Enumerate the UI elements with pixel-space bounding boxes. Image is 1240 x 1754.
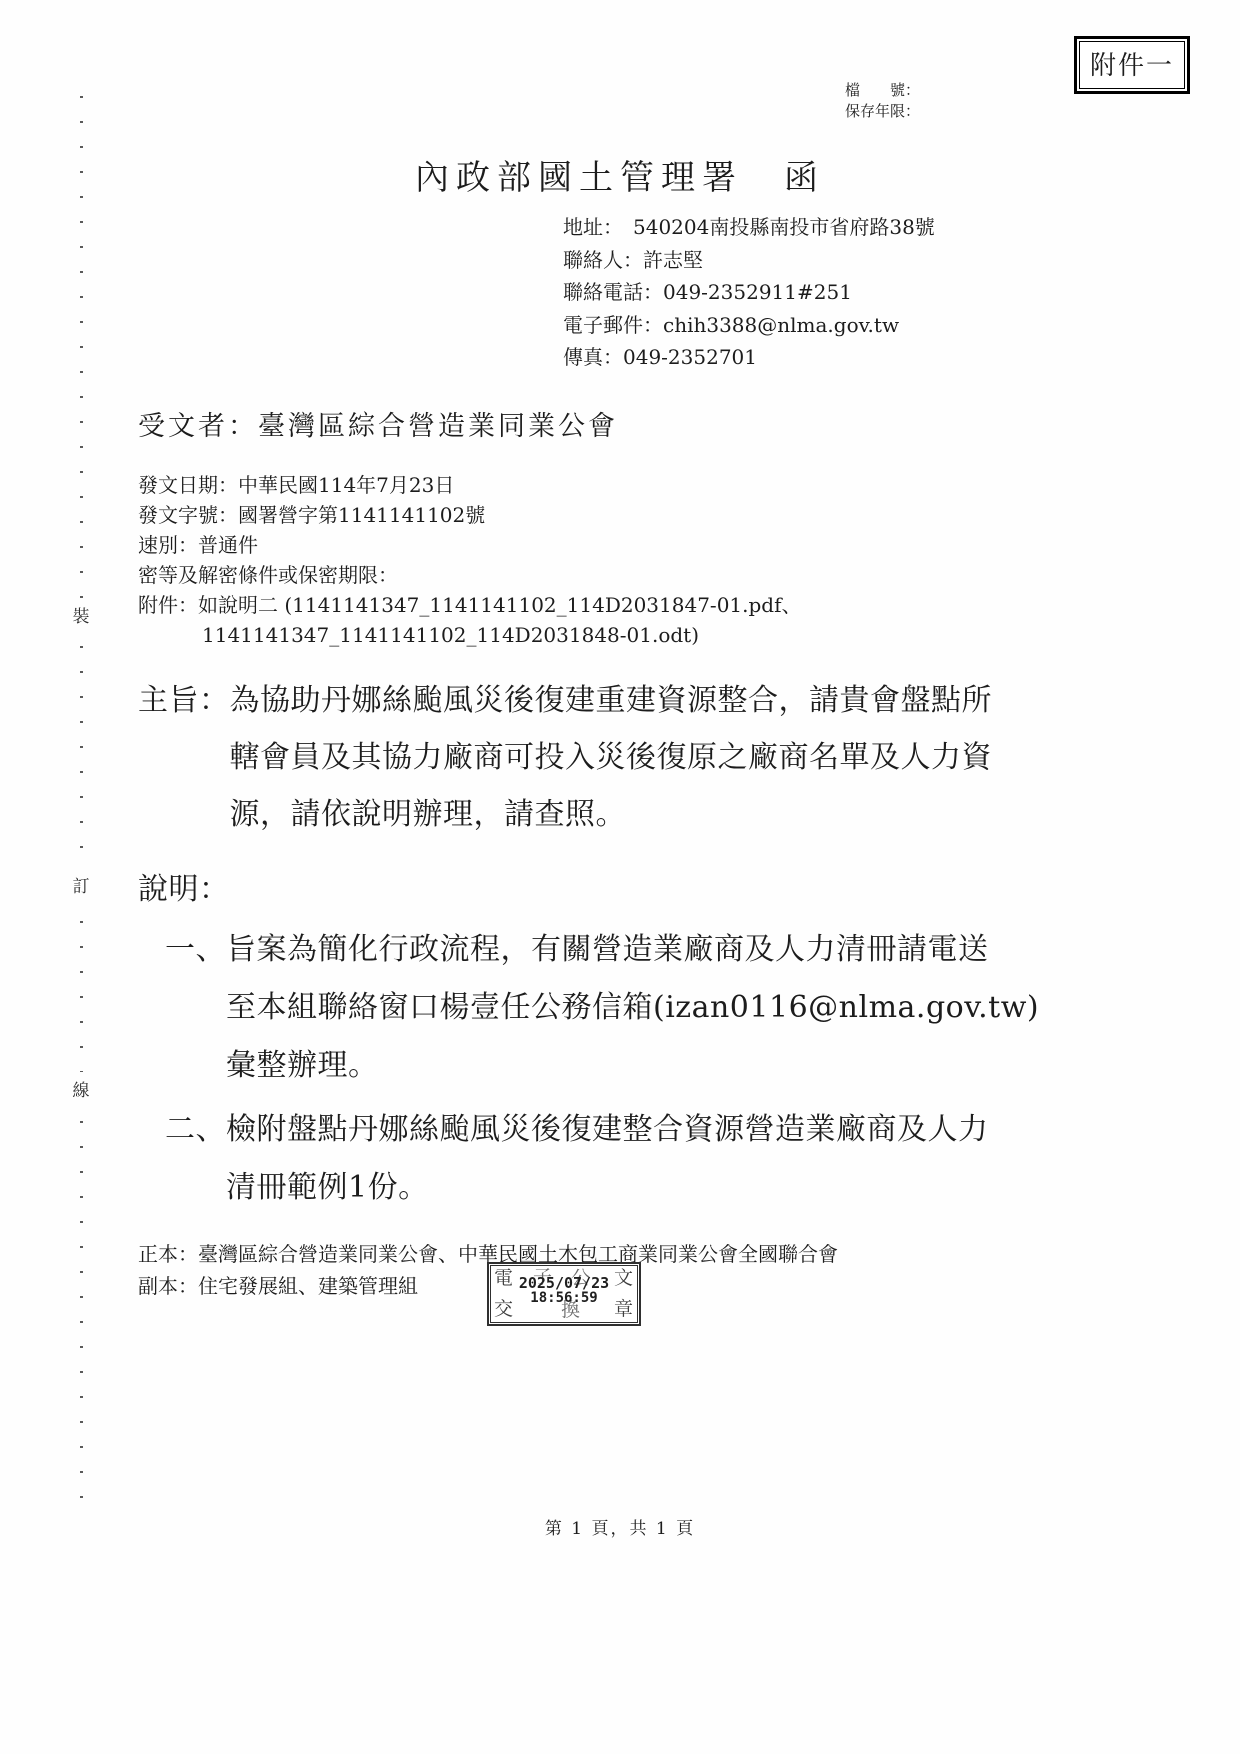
explanation-item-1: 一、 旨案為簡化行政流程，有關營造業廠商及人力清冊請電送 至本組聯絡窗口楊壹任公… (165, 921, 1039, 1095)
item-line: 檢附盤點丹娜絲颱風災後復建整合資源營造業廠商及人力 (226, 1101, 989, 1159)
item-number-label: 二、 (165, 1101, 226, 1159)
binding-char-ding: 訂 (66, 868, 96, 901)
agency-contact-person: 聯絡人：許志堅 (563, 244, 935, 277)
agency-fax: 傳真：049-2352701 (563, 341, 935, 374)
stamp-time: 18:56:59 (489, 1290, 639, 1306)
meta-attachment-label: 附件： (138, 590, 198, 650)
subject-block: 主旨： 為協助丹娜絲颱風災後復建重建資源整合，請貴會盤點所 轄會員及其協力廠商可… (138, 672, 992, 843)
item-line: 彙整辦理。 (226, 1037, 1039, 1095)
item-text: 檢附盤點丹娜絲颱風災後復建整合資源營造業廠商及人力 清冊範例1份。 (226, 1101, 989, 1217)
page-number-footer: 第 1 頁，共 1 頁 (0, 1514, 1240, 1539)
explanation-label: 說明： (138, 864, 230, 908)
agency-phone: 聯絡電話：049-2352911#251 (563, 276, 935, 309)
document-page: 裝 訂 線 附件一 檔 號： 保存年限： 內政部國土管理署 函 地址： 5402… (0, 0, 1240, 1754)
meta-attachment-files: 如說明二 (1141141347_1141141102_114D2031847-… (198, 590, 802, 650)
meta-issue-date: 發文日期：中華民國114年7月23日 (138, 470, 802, 500)
binding-dotted-line (80, 96, 83, 1504)
e-doc-exchange-stamp: 電 子 公 文 交 換 章 2025/07/23 18:56:59 (487, 1262, 641, 1326)
subject-line: 源，請依說明辦理，請查照。 (230, 786, 993, 843)
item-line: 至本組聯絡窗口楊壹任公務信箱(izan0116@nlma.gov.tw) (226, 979, 1039, 1037)
meta-security-class: 密等及解密條件或保密期限： (138, 560, 802, 590)
explanation-item-2: 二、 檢附盤點丹娜絲颱風災後復建整合資源營造業廠商及人力 清冊範例1份。 (165, 1101, 989, 1217)
subject-line: 為協助丹娜絲颱風災後復建重建資源整合，請貴會盤點所 (230, 672, 993, 729)
recipient-line: 受文者：臺灣區綜合營造業同業公會 (138, 404, 618, 443)
agency-address: 地址： 540204南投縣南投市省府路38號 (563, 211, 935, 244)
item-line: 清冊範例1份。 (226, 1159, 989, 1217)
attachment-tag-label: 附件一 (1079, 41, 1185, 89)
binding-char-xian: 線 (66, 1072, 96, 1105)
subject-text: 為協助丹娜絲颱風災後復建重建資源整合，請貴會盤點所 轄會員及其協力廠商可投入災後… (230, 672, 993, 843)
meta-attachments: 附件： 如說明二 (1141141347_1141141102_114D2031… (138, 590, 802, 650)
meta-issue-number: 發文字號：國署營字第1141141102號 (138, 500, 802, 530)
retention-label: 保存年限： (845, 101, 920, 122)
attachment-file-1: 如說明二 (1141141347_1141141102_114D2031847-… (198, 590, 802, 620)
item-line: 旨案為簡化行政流程，有關營造業廠商及人力清冊請電送 (226, 921, 1039, 979)
subject-line: 轄會員及其協力廠商可投入災後復原之廠商名單及人力資 (230, 729, 993, 786)
document-title: 內政部國土管理署 函 (0, 150, 1240, 199)
agency-email: 電子郵件：chih3388@nlma.gov.tw (563, 309, 935, 342)
binding-char-zhuang: 裝 (66, 598, 96, 631)
document-meta-block: 發文日期：中華民國114年7月23日 發文字號：國署營字第1141141102號… (138, 470, 802, 650)
item-text: 旨案為簡化行政流程，有關營造業廠商及人力清冊請電送 至本組聯絡窗口楊壹任公務信箱… (226, 921, 1039, 1095)
file-number-label: 檔 號： (845, 80, 920, 101)
file-number-block: 檔 號： 保存年限： (845, 80, 920, 122)
attachment-tag-box: 附件一 (1074, 36, 1190, 94)
attachment-file-2: 1141141347_1141141102_114D2031848-01.odt… (198, 620, 802, 650)
meta-speed-class: 速別：普通件 (138, 530, 802, 560)
agency-contact-block: 地址： 540204南投縣南投市省府路38號 聯絡人：許志堅 聯絡電話：049-… (563, 211, 935, 374)
subject-label: 主旨： (138, 672, 230, 729)
item-number-label: 一、 (165, 921, 226, 979)
